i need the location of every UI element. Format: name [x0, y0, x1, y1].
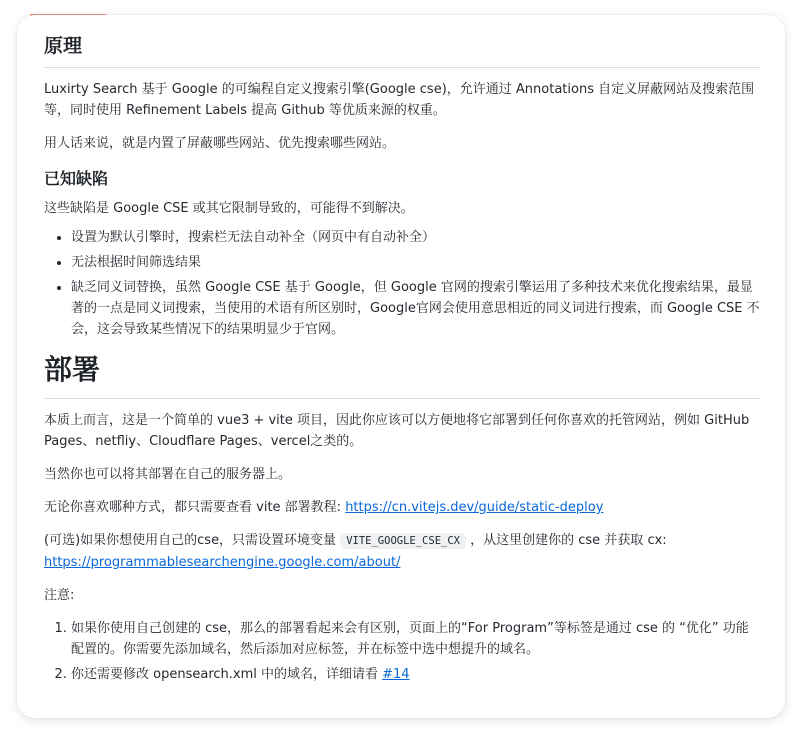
list-item: 缺乏同义词替换，虽然 Google CSE 基于 Google，但 Google…: [71, 277, 760, 340]
known-issues-intro: 这些缺陷是 Google CSE 或其它限制导致的，可能得不到解决。: [44, 198, 760, 219]
principle-paragraph-1: Luxirty Search 基于 Google 的可编程自定义搜索引擎(Goo…: [44, 79, 760, 121]
deploy-paragraph-4-suffix: ，从这里创建你的 cse 并获取 cx:: [466, 533, 667, 548]
list-item: 如果你使用自己创建的 cse，那么的部署看起来会有区别，页面上的“For Pro…: [71, 618, 760, 660]
markdown-body: 原理 Luxirty Search 基于 Google 的可编程自定义搜索引擎(…: [44, 29, 760, 695]
deploy-paragraph-4-text: (可选)如果你想使用自己的cse，只需设置环境变量: [44, 533, 340, 548]
env-var-code: VITE_GOOGLE_CSE_CX: [340, 533, 466, 549]
deploy-paragraph-3-text: 无论你喜欢哪种方式，都只需要查看 vite 部署教程:: [44, 500, 345, 515]
heading-principle: 原理: [44, 32, 760, 68]
heading-deploy: 部署: [44, 350, 760, 399]
deploy-paragraph-4: (可选)如果你想使用自己的cse，只需设置环境变量 VITE_GOOGLE_CS…: [44, 530, 760, 573]
cse-link[interactable]: https://programmablesearchengine.google.…: [44, 555, 400, 570]
readme-card: 原理 Luxirty Search 基于 Google 的可编程自定义搜索引擎(…: [17, 15, 785, 718]
issue-14-link[interactable]: #14: [382, 667, 409, 682]
vite-deploy-link[interactable]: https://cn.vitejs.dev/guide/static-deplo…: [345, 500, 603, 515]
principle-paragraph-2: 用人话来说，就是内置了屏蔽哪些网站、优先搜索哪些网站。: [44, 133, 760, 154]
deploy-paragraph-3: 无论你喜欢哪种方式，都只需要查看 vite 部署教程: https://cn.v…: [44, 497, 760, 518]
note-2-text: 你还需要修改 opensearch.xml 中的域名，详细请看: [71, 667, 382, 682]
list-item: 你还需要修改 opensearch.xml 中的域名，详细请看 #14: [71, 664, 760, 685]
deploy-paragraph-2: 当然你也可以将其部署在自己的服务器上。: [44, 464, 760, 485]
list-item: 无法根据时间筛选结果: [71, 252, 760, 273]
heading-known-issues: 已知缺陷: [44, 168, 760, 190]
known-issues-list: 设置为默认引擎时，搜索栏无法自动补全（网页中有自动补全） 无法根据时间筛选结果 …: [44, 227, 760, 340]
list-item: 设置为默认引擎时，搜索栏无法自动补全（网页中有自动补全）: [71, 227, 760, 248]
note-label: 注意:: [44, 585, 760, 606]
deploy-paragraph-1: 本质上而言，这是一个简单的 vue3 + vite 项目，因此你应该可以方便地将…: [44, 410, 760, 452]
notes-list: 如果你使用自己创建的 cse，那么的部署看起来会有区别，页面上的“For Pro…: [44, 618, 760, 685]
